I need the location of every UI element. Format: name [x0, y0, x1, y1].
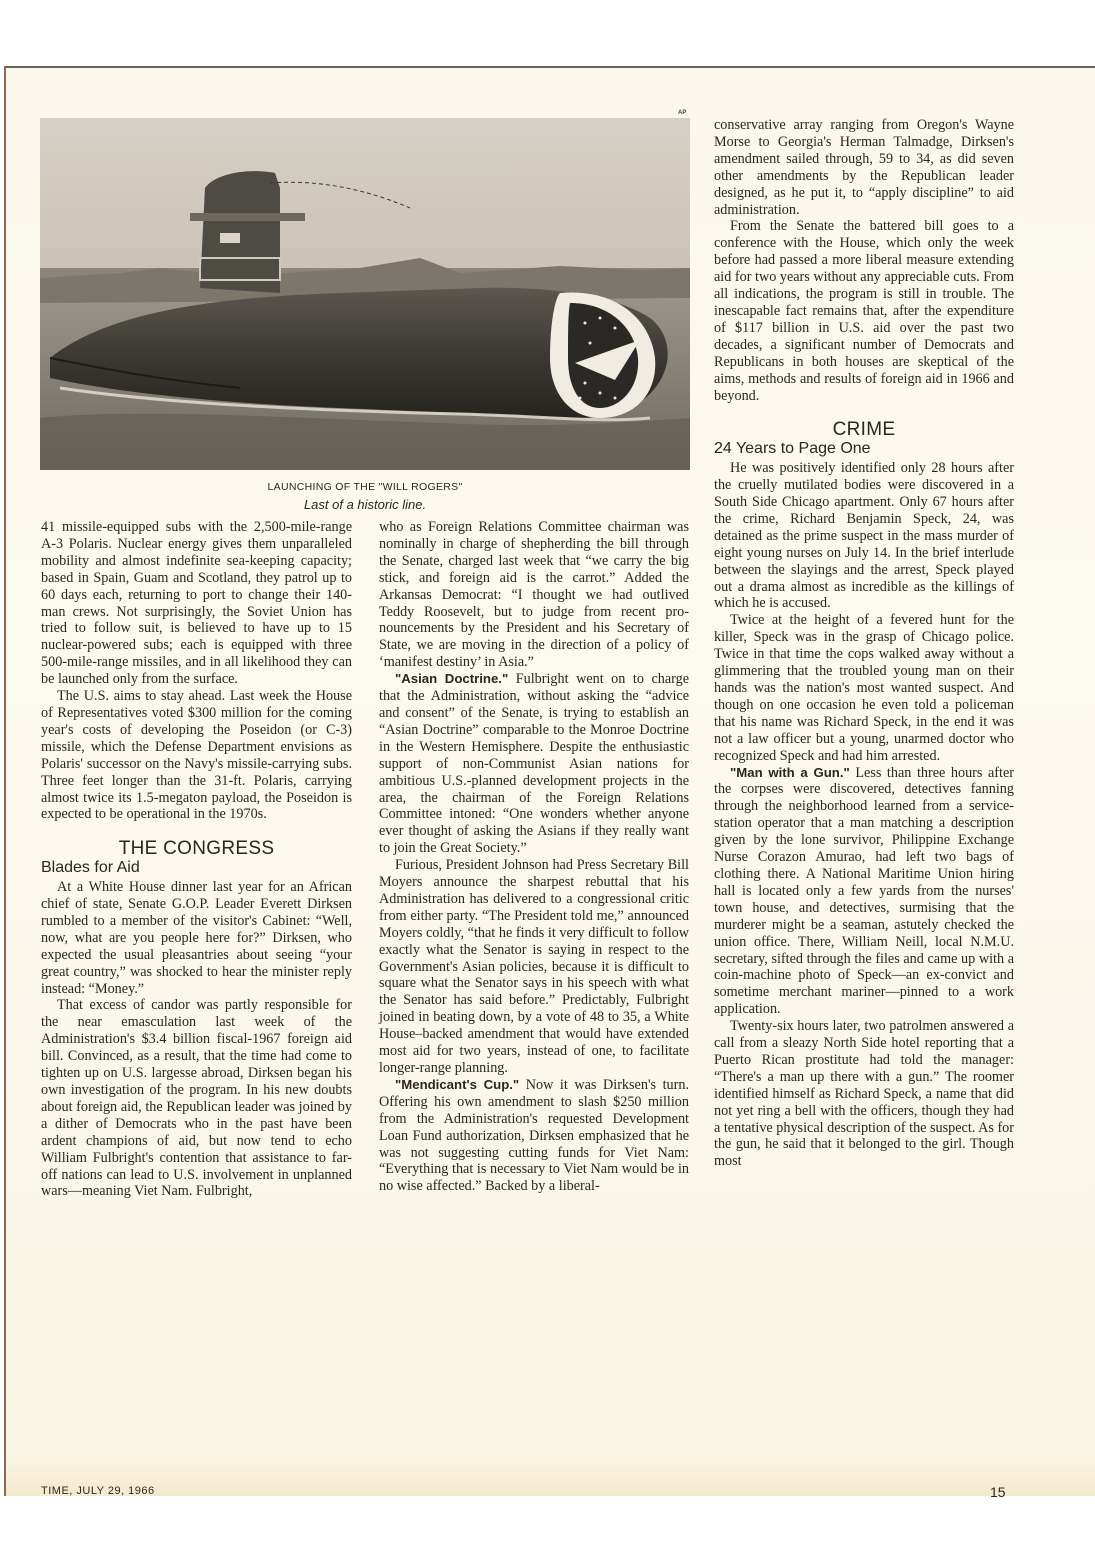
photo-credit: AP	[678, 110, 686, 116]
runin-subhead: "Asian Doctrine."	[395, 671, 508, 686]
runin-subhead: "Man with a Gun."	[730, 765, 850, 780]
paragraph: "Asian Doctrine." Fulbright went on to c…	[379, 671, 689, 857]
paragraph: That excess of candor was partly re­spon…	[41, 997, 352, 1200]
section-heading-crime: CRIME	[714, 422, 1014, 439]
paragraph-text: Less than three hours after the corpses …	[714, 765, 1014, 1018]
paragraph-text: Now it was Dirk­sen's turn. Offering his…	[379, 1077, 689, 1194]
article-headline: Blades for Aid	[41, 860, 352, 877]
paragraph: Twice at the height of a fevered hunt fo…	[714, 612, 1014, 764]
article-column-3: conservative array ranging from Ore­gon'…	[714, 117, 1014, 1170]
photo-caption-subtitle: Last of a historic line.	[40, 497, 690, 512]
article-column-1: 41 missile-equipped subs with the 2,500-…	[41, 519, 352, 1200]
page-number: 15	[990, 1484, 1006, 1500]
paragraph: Furious, President Johnson had Press Sec…	[379, 857, 689, 1077]
paragraph: "Mendicant's Cup." Now it was Dirk­sen's…	[379, 1077, 689, 1195]
paragraph: Twenty-six hours later, two patrol­men a…	[714, 1018, 1014, 1170]
photo-caption-title: LAUNCHING OF THE "WILL ROGERS"	[40, 481, 690, 493]
paragraph: From the Senate the battered bill goes t…	[714, 218, 1014, 404]
paragraph: conservative array ranging from Ore­gon'…	[714, 117, 1014, 218]
publication-date: TIME, JULY 29, 1966	[41, 1485, 155, 1497]
paragraph-text: Fulbright went on to charge that the Adm…	[379, 671, 689, 856]
submarine-launch-photo	[40, 118, 690, 470]
runin-subhead: "Mendicant's Cup."	[395, 1077, 519, 1092]
article-column-2: who as Foreign Relations Committee chair…	[379, 519, 689, 1195]
paragraph: "Man with a Gun." Less than three hours …	[714, 765, 1014, 1019]
paragraph: At a White House dinner last year for an…	[41, 879, 352, 997]
section-heading-congress: THE CONGRESS	[41, 841, 352, 858]
submarine-illustration	[40, 118, 690, 470]
paragraph: 41 missile-equipped subs with the 2,500-…	[41, 519, 352, 688]
paragraph: He was positively identified only 28 hou…	[714, 460, 1014, 612]
article-headline: 24 Years to Page One	[714, 441, 1014, 458]
paragraph: who as Foreign Relations Committee chair…	[379, 519, 689, 671]
paragraph: The U.S. aims to stay ahead. Last week t…	[41, 688, 352, 823]
